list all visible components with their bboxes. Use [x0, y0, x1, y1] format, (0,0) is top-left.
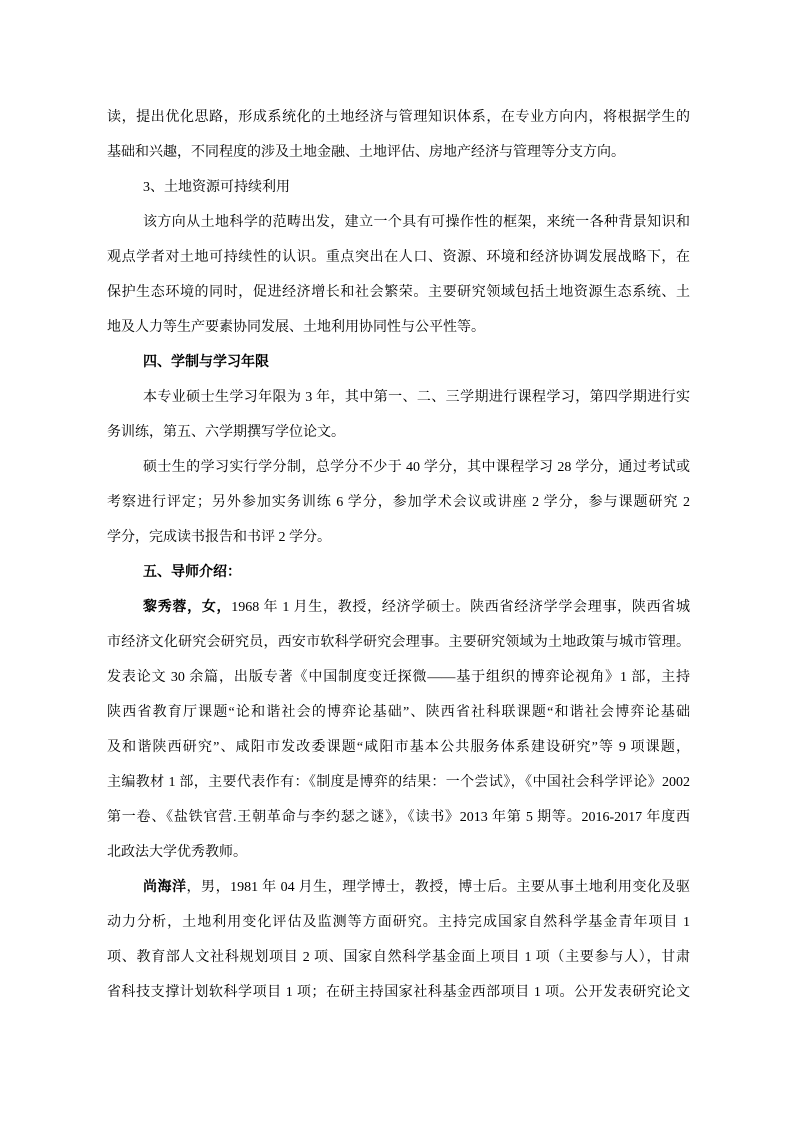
- document-page: 读，提出优化思路，形成系统化的土地经济与管理知识体系，在专业方向内，将根据学生的…: [0, 0, 793, 1122]
- text-line: 观点学者对土地可持续性的认识。重点突出在人口、资源、环境和经济协调发展战略下，在: [107, 240, 690, 275]
- advisor-name: 黎秀蓉，女，: [143, 600, 231, 615]
- text-line: 尚海洋，男，1981 年 04 月生，理学博士，教授，博士后。主要从事土地利用变…: [107, 870, 690, 905]
- paragraph-direction3-description: 该方向从土地科学的范畴出发，建立一个具有可操作性的框架，来统一各种背景知识和观点…: [107, 205, 690, 345]
- text-line: 第一卷、《盐铁官营.王朝革命与李约瑟之谜》，《读书》2013 年第 5 期等。2…: [107, 800, 690, 835]
- text-line: 及和谐陕西研究”、咸阳市发改委课题“咸阳市基本公共服务体系建设研究”等 9 项课…: [107, 730, 690, 765]
- text-line: 3、土地资源可持续利用: [107, 170, 690, 205]
- text-line: 硕士生的学习实行学分制，总学分不少于 40 学分，其中课程学习 28 学分，通过…: [107, 450, 690, 485]
- document-content: 读，提出优化思路，形成系统化的土地经济与管理知识体系，在专业方向内，将根据学生的…: [107, 100, 690, 1010]
- text-line: 项、教育部人文社科规划项目 2 项、国家自然科学基金面上项目 1 项（主要参与人…: [107, 940, 690, 975]
- text-line: 考察进行评定；另外参加实务训练 6 学分，参加学术会议或讲座 2 学分，参与课题…: [107, 485, 690, 520]
- text-line: 保护生态环境的同时，促进经济增长和社会繁荣。主要研究领域包括土地资源生态系统、土: [107, 275, 690, 310]
- text-line: 四、学制与学习年限: [107, 345, 690, 380]
- text-line: 五、导师介绍：: [107, 555, 690, 590]
- heading-section-4: 四、学制与学习年限: [107, 345, 690, 380]
- paragraph-study-duration: 本专业硕士生学习年限为 3 年，其中第一、二、三学期进行课程学习，第四学期进行实…: [107, 380, 690, 450]
- text-segment: ，男，1981 年 04 月生，理学博士，教授，博士后。主要从事土地利用变化及驱: [187, 880, 690, 895]
- subheading-direction-3: 3、土地资源可持续利用: [107, 170, 690, 205]
- text-line: 陕西省教育厅课题“论和谐社会的博弈论基础”、陕西省社科联课题“和谐社会博弈论基础: [107, 695, 690, 730]
- text-line: 该方向从土地科学的范畴出发，建立一个具有可操作性的框架，来统一各种背景知识和: [107, 205, 690, 240]
- text-line: 省科技支撑计划软科学项目 1 项；在研主持国家社科基金西部项目 1 项。公开发表…: [107, 975, 690, 1010]
- paragraph-credit-system: 硕士生的学习实行学分制，总学分不少于 40 学分，其中课程学习 28 学分，通过…: [107, 450, 690, 555]
- text-line: 务训练，第五、六学期撰写学位论文。: [107, 415, 690, 450]
- paragraph-advisor-shang-haiyang: 尚海洋，男，1981 年 04 月生，理学博士，教授，博士后。主要从事土地利用变…: [107, 870, 690, 1010]
- text-line: 读，提出优化思路，形成系统化的土地经济与管理知识体系，在专业方向内，将根据学生的: [107, 100, 690, 135]
- heading-section-5: 五、导师介绍：: [107, 555, 690, 590]
- text-line: 地及人力等生产要素协同发展、土地利用协同性与公平性等。: [107, 310, 690, 345]
- text-line: 基础和兴趣，不同程度的涉及土地金融、土地评估、房地产经济与管理等分支方向。: [107, 135, 690, 170]
- text-line: 学分，完成读书报告和书评 2 学分。: [107, 520, 690, 555]
- text-segment: 1968 年 1 月生，教授，经济学硕士。陕西省经济学学会理事，陕西省城: [231, 600, 690, 615]
- text-line: 主编教材 1 部，主要代表作有：《制度是博弈的结果：一个尝试》，《中国社会科学评…: [107, 765, 690, 800]
- text-line: 黎秀蓉，女，1968 年 1 月生，教授，经济学硕士。陕西省经济学学会理事，陕西…: [107, 590, 690, 625]
- paragraph-advisor-li-xiurong: 黎秀蓉，女，1968 年 1 月生，教授，经济学硕士。陕西省经济学学会理事，陕西…: [107, 590, 690, 870]
- advisor-name: 尚海洋: [143, 880, 187, 895]
- text-line: 北政法大学优秀教师。: [107, 835, 690, 870]
- text-line: 动力分析，土地利用变化评估及监测等方面研究。主持完成国家自然科学基金青年项目 1: [107, 905, 690, 940]
- text-line: 发表论文 30 余篇，出版专著《中国制度变迁探微——基于组织的博弈论视角》1 部…: [107, 660, 690, 695]
- text-line: 本专业硕士生学习年限为 3 年，其中第一、二、三学期进行课程学习，第四学期进行实: [107, 380, 690, 415]
- text-line: 市经济文化研究会研究员，西安市软科学研究会理事。主要研究领域为土地政策与城市管理…: [107, 625, 690, 660]
- paragraph-direction2-continuation: 读，提出优化思路，形成系统化的土地经济与管理知识体系，在专业方向内，将根据学生的…: [107, 100, 690, 170]
